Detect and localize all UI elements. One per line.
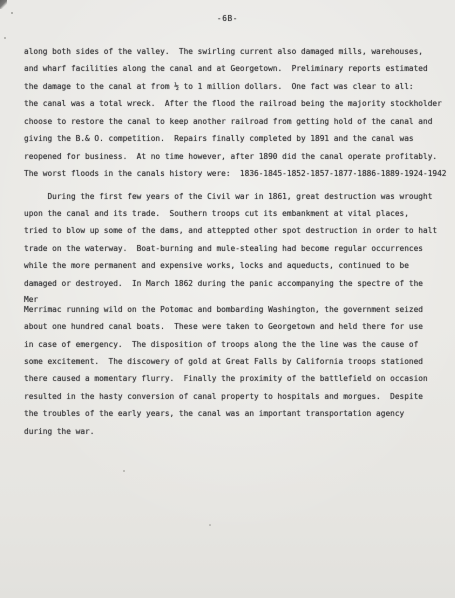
paragraph-flood-damage: along both sides of the valley. The swir… bbox=[24, 47, 447, 187]
paper-speck bbox=[4, 37, 6, 39]
text-line: the damage to the canal at from ½ to 1 m… bbox=[24, 82, 447, 99]
text-line: along both sides of the valley. The swir… bbox=[24, 47, 447, 64]
text-line: and wharf facilities along the canal and… bbox=[24, 64, 447, 81]
text-line: about one hundred canal boats. These wer… bbox=[24, 322, 447, 339]
text-line: trade on the waterway. Boat-burning and … bbox=[24, 244, 447, 261]
page-number: -6B- bbox=[0, 14, 455, 24]
text-line: resulted in the hasty conversion of cana… bbox=[24, 392, 447, 409]
text-line: the troubles of the early years, the can… bbox=[24, 409, 447, 426]
text-line: the canal was a total wreck. After the f… bbox=[24, 99, 447, 116]
paragraph-civil-war: During the first few years of the Civil … bbox=[24, 192, 447, 445]
text-line: there caused a momentary flurry. Finally… bbox=[24, 374, 447, 391]
document-body: along both sides of the valley. The swir… bbox=[24, 47, 447, 444]
text-line: tried to blow up some of the dams, and a… bbox=[24, 226, 447, 243]
text-line: upon the canal and its trade. Southern t… bbox=[24, 209, 447, 226]
typewritten-document-page: -6B- along both sides of the valley. The… bbox=[0, 0, 455, 598]
paper-speck bbox=[123, 470, 125, 472]
text-line: while the more permanent and expensive w… bbox=[24, 261, 447, 278]
text-line: in case of emergency. The disposition of… bbox=[24, 340, 447, 357]
text-line: some excitement. The discowery of gold a… bbox=[24, 357, 447, 374]
text-line: choose to restore the canal to keep anot… bbox=[24, 117, 447, 134]
text-line: during the war. bbox=[24, 427, 447, 444]
scan-corner-mark bbox=[0, 0, 7, 9]
text-line: Merrimac running wild on the Potomac and… bbox=[24, 305, 447, 322]
text-line: reopened for business. At no time howeve… bbox=[24, 152, 447, 169]
paper-speck bbox=[209, 524, 211, 526]
text-line: During the first few years of the Civil … bbox=[24, 192, 447, 209]
overtype-fragment-line: Mer bbox=[24, 296, 447, 305]
text-line: The worst floods in the canals history w… bbox=[24, 169, 447, 186]
text-line: damaged or destroyed. In March 1862 duri… bbox=[24, 279, 447, 296]
text-line: giving the B.& O. competition. Repairs f… bbox=[24, 134, 447, 151]
